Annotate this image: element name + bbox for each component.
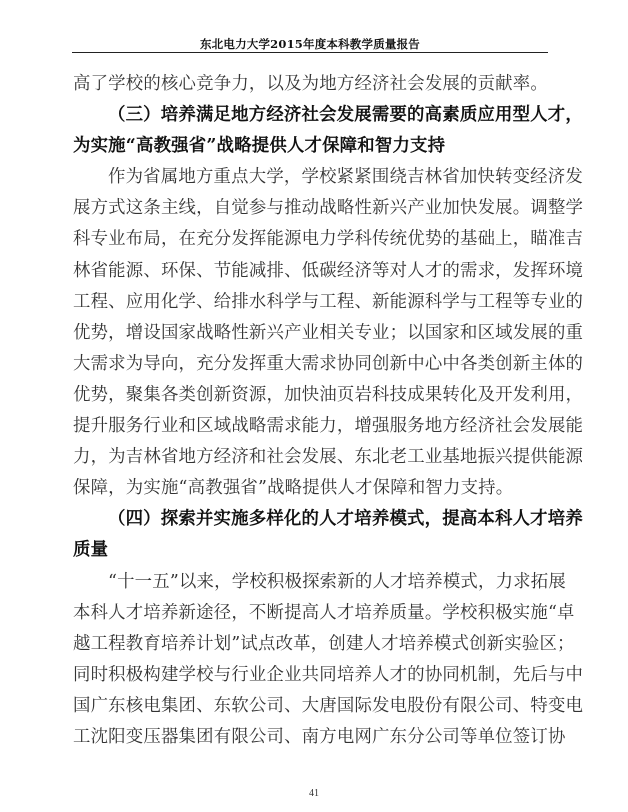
paragraph-line: 提升服务行业和区域战略需求能力，增强服务地方经济社会发展能 [73,411,550,442]
section-heading-3-cont: 为实施“高教强省”战略提供人才保障和智力支持 [73,131,550,162]
paragraph-line: 同时积极构建学校与行业企业共同培养人才的协同机制，先后与中 [73,660,550,691]
paragraph-line: 越工程教育培养计划”试点改革，创建人才培养模式创新实验区； [73,629,550,660]
paragraph-line: 优势，增设国家战略性新兴产业相关专业；以国家和区域发展的重 [73,318,550,349]
paragraph-line: 工程、应用化学、给排水科学与工程、新能源科学与工程等专业的 [73,287,550,318]
paragraph-line: 国广东核电集团、东软公司、大唐国际发电股份有限公司、特变电 [73,691,550,722]
paragraph-line: 林省能源、环保、节能减排、低碳经济等对人才的需求，发挥环境 [73,256,550,287]
paragraph-line: 科专业布局，在充分发挥能源电力学科传统优势的基础上，瞄准吉 [73,224,550,255]
paragraph-line: 力，为吉林省地方经济和社会发展、东北老工业基地振兴提供能源 [73,442,550,473]
header-rule [72,52,548,53]
paragraph-line: 大需求为导向，充分发挥重大需求协同创新中心中各类创新主体的 [73,349,550,380]
section-heading-4: （四）探索并实施多样化的人才培养模式，提高本科人才培养 [73,504,550,535]
paragraph-line: 作为省属地方重点大学，学校紧紧围绕吉林省加快转变经济发 [73,162,550,193]
paragraph-line: 保障，为实施“高教强省”战略提供人才保障和智力支持。 [73,473,550,504]
page-number: 41 [0,788,628,799]
paragraph-line: 展方式这条主线，自觉参与推动战略性新兴产业加快发展。调整学 [73,193,550,224]
section-heading-4-cont: 质量 [73,535,550,566]
paragraph-line: 优势，聚集各类创新资源，加快油页岩科技成果转化及开发利用， [73,380,550,411]
paragraph-line: “十一五”以来，学校积极探索新的人才培养模式，力求拓展 [73,567,550,598]
paragraph-line: 本科人才培养新途径，不断提高人才培养质量。学校积极实施“卓 [73,598,550,629]
page-body: 高了学校的核心竞争力，以及为地方经济社会发展的贡献率。 （三）培养满足地方经济社… [73,69,550,753]
running-header: 东北电力大学2015年度本科教学质量报告 [72,36,548,52]
paragraph-line: 工沈阳变压器集团有限公司、南方电网广东分公司等单位签订协 [73,722,550,753]
section-heading-3: （三）培养满足地方经济社会发展需要的高素质应用型人才， [73,100,550,131]
paragraph-line: 高了学校的核心竞争力，以及为地方经济社会发展的贡献率。 [73,69,550,100]
